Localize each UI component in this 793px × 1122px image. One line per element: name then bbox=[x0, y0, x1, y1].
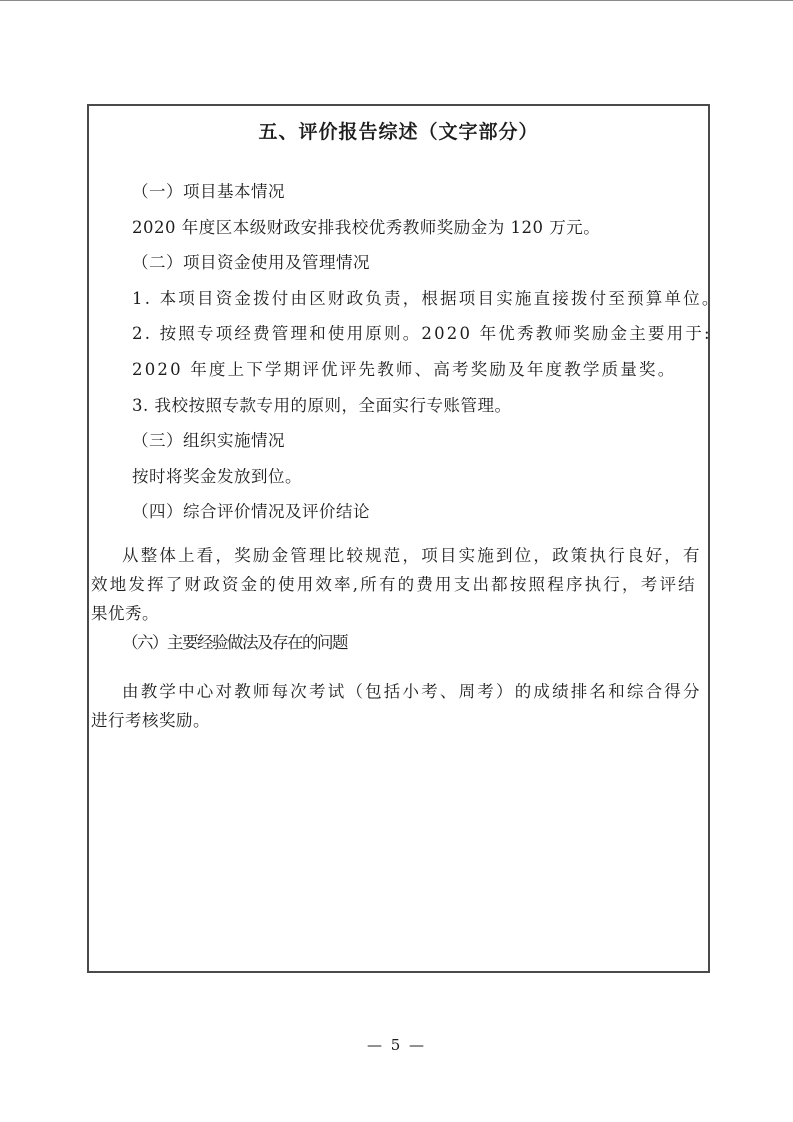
summary-line: 果优秀。 bbox=[89, 599, 708, 628]
page-top-edge bbox=[0, 0, 793, 1]
document-page: 五、评价报告综述（文字部分） （一）项目基本情况 2020 年度区本级财政安排我… bbox=[0, 0, 793, 1122]
body-line: 3. 我校按照专款专用的原则，全面实行专账管理。 bbox=[89, 388, 708, 424]
body-line: 按时将奖金发放到位。 bbox=[89, 459, 708, 495]
experience-line: 由教学中心对教师每次考试（包括小考、周考）的成绩排名和综合得分 bbox=[89, 677, 708, 706]
summary-paragraph: 从整体上看，奖励金管理比较规范，项目实施到位，政策执行良好，有 效地发挥了财政资… bbox=[89, 541, 708, 628]
body-line: （一）项目基本情况 bbox=[89, 174, 708, 210]
body-line: 2020 年度上下学期评优评先教师、高考奖励及年度教学质量奖。 bbox=[89, 352, 708, 388]
report-title: 五、评价报告综述（文字部分） bbox=[89, 119, 708, 146]
body-line: （三）组织实施情况 bbox=[89, 423, 708, 459]
section-six-heading: （六）主要经验做法及存在的问题 bbox=[89, 628, 708, 657]
summary-line: 从整体上看，奖励金管理比较规范，项目实施到位，政策执行良好，有 bbox=[89, 541, 708, 570]
report-box: 五、评价报告综述（文字部分） （一）项目基本情况 2020 年度区本级财政安排我… bbox=[87, 104, 710, 973]
body-line: （二）项目资金使用及管理情况 bbox=[89, 245, 708, 281]
body-line: 2. 按照专项经费管理和使用原则。2020 年优秀教师奖励金主要用于: bbox=[89, 316, 708, 352]
experience-line: 进行考核奖励。 bbox=[89, 706, 708, 735]
report-body: （一）项目基本情况 2020 年度区本级财政安排我校优秀教师奖励金为 120 万… bbox=[89, 174, 708, 530]
experience-paragraph: 由教学中心对教师每次考试（包括小考、周考）的成绩排名和综合得分 进行考核奖励。 bbox=[89, 677, 708, 735]
body-line: 2020 年度区本级财政安排我校优秀教师奖励金为 120 万元。 bbox=[89, 210, 708, 246]
body-line: （四）综合评价情况及评价结论 bbox=[89, 494, 708, 530]
page-number: — 5 — bbox=[0, 1036, 793, 1054]
summary-line: 效地发挥了财政资金的使用效率,所有的费用支出都按照程序执行，考评结 bbox=[89, 570, 708, 599]
body-line: 1. 本项目资金拨付由区财政负责，根据项目实施直接拨付至预算单位。 bbox=[89, 281, 708, 317]
